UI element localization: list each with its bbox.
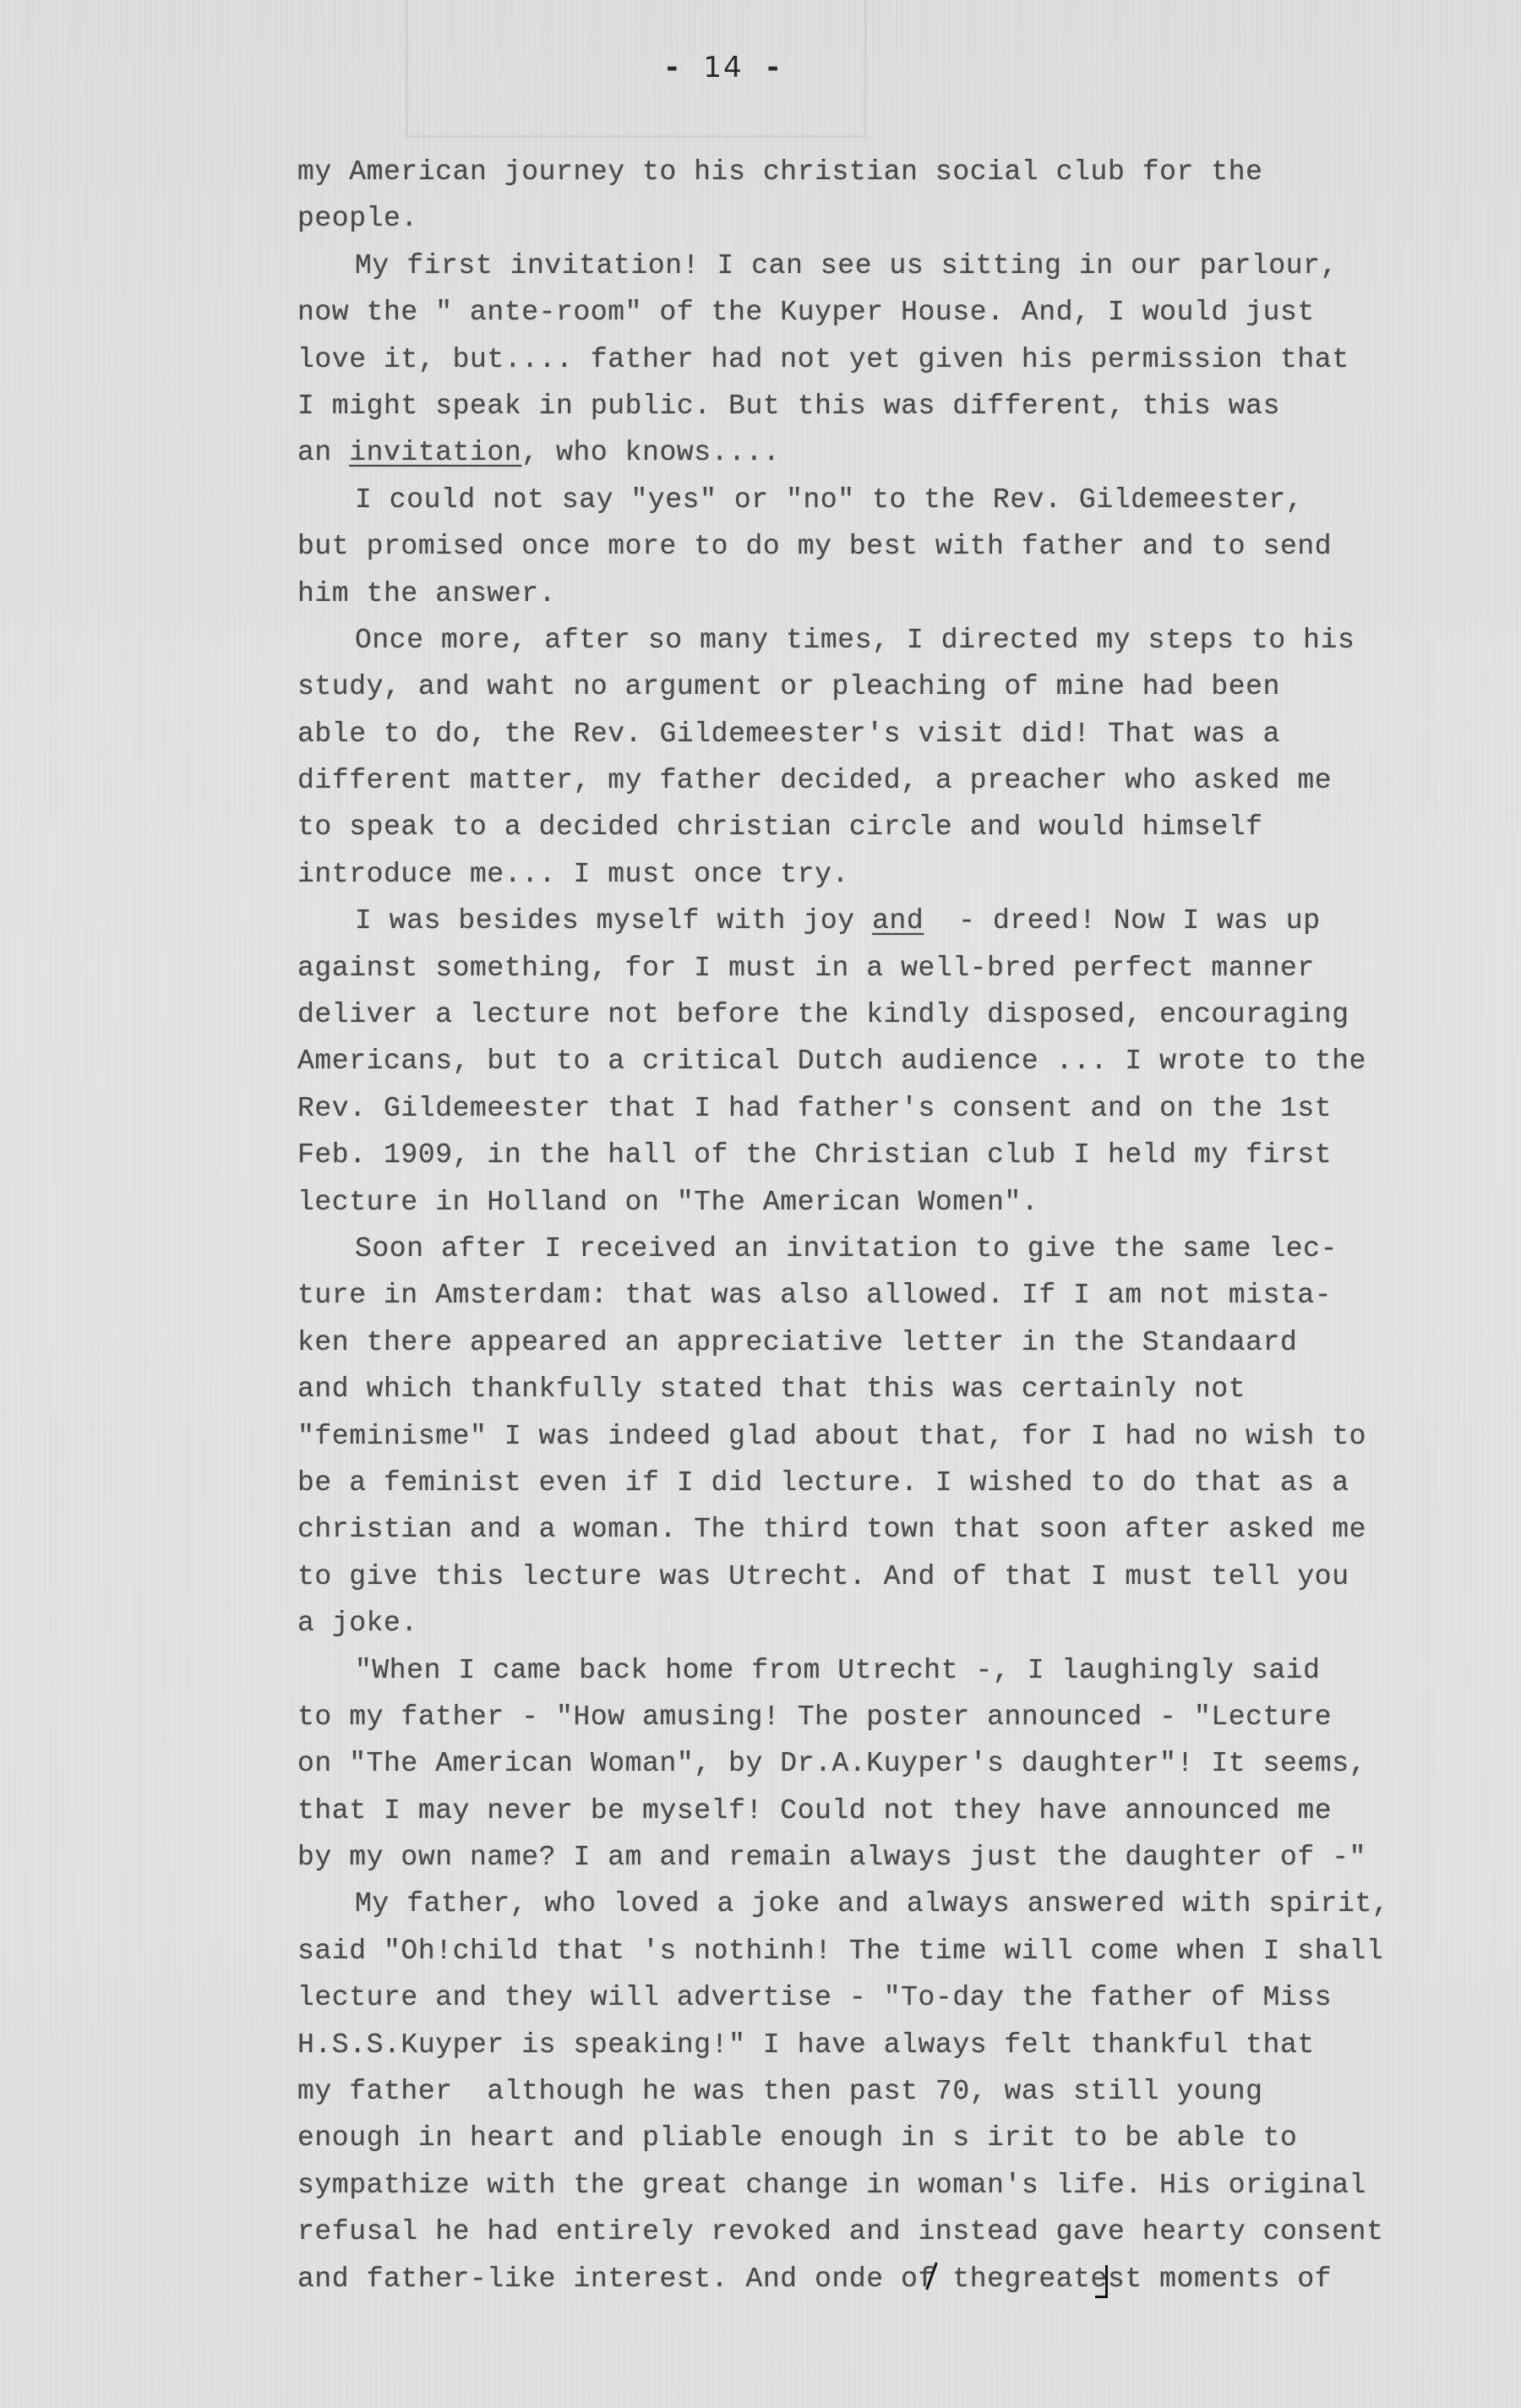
text-line: to give this lecture was Utrecht. And of… [297,1553,1514,1600]
line-text: H.S.S.Kuyper is speaking!" I have always… [297,2029,1315,2061]
text-line: I was besides myself with joy and - dree… [297,898,1514,944]
underlined-word: invitation [349,437,521,468]
text-line: lecture and they will advertise - "To-da… [297,1974,1514,2021]
line-text: My first invitation! I can see us sittin… [355,250,1338,281]
text-line: refusal he had entirely revoked and inst… [297,2209,1514,2255]
line-text: refusal he had entirely revoked and inst… [297,2216,1383,2247]
line-text: able to do, the Rev. Gildemeester's visi… [297,718,1280,750]
text-line: be a feminist even if I did lecture. I w… [297,1460,1514,1506]
text-line: to speak to a decided christian circle a… [297,804,1514,850]
text-line: My father, who loved a joke and always a… [297,1881,1514,1927]
line-text: deliver a lecture not before the kindly … [297,999,1349,1030]
line-text: now the " ante-room" of the Kuyper House… [297,297,1315,328]
text-line: and which thankfully stated that this wa… [297,1366,1514,1412]
text-line: him the answer. [297,571,1514,617]
handwritten-insertion-mark [1095,2265,1108,2298]
line-text: to speak to a decided christian circle a… [297,811,1263,843]
text-line: by my own name? I am and remain always j… [297,1834,1514,1881]
text-line: enough in heart and pliable enough in s … [297,2115,1514,2161]
line-text: ture in Amsterdam: that was also allowed… [297,1280,1332,1311]
line-text: ken there appeared an appreciative lette… [297,1327,1297,1358]
line-text-after: - dreed! Now I was up [924,905,1320,936]
line-text: him the answer. [297,578,556,609]
line-text: My father, who loved a joke and always a… [355,1888,1389,1919]
text-line: H.S.S.Kuyper is speaking!" I have always… [297,2022,1514,2068]
text-line: and father-like interest. And onde of th… [297,2256,1514,2302]
text-line: "When I came back home from Utrecht -, I… [297,1647,1514,1694]
text-line: lecture in Holland on "The American Wome… [297,1179,1514,1226]
line-text: christian and a woman. The third town th… [297,1514,1366,1545]
line-text: my American journey to his christian soc… [297,156,1263,188]
line-text: sympathize with the great change in woma… [297,2170,1366,2201]
page-number: -14- [0,51,1484,85]
text-line: christian and a woman. The third town th… [297,1506,1514,1553]
text-line: that I may never be myself! Could not th… [297,1788,1514,1834]
line-text: but promised once more to do my best wit… [297,531,1332,562]
line-text: on "The American Woman", by Dr.A.Kuyper'… [297,1748,1366,1779]
line-text: Soon after I received an invitation to g… [355,1233,1338,1264]
text-line: Feb. 1909, in the hall of the Christian … [297,1132,1514,1178]
line-text: a joke. [297,1608,418,1639]
typewritten-body: my American journey to his christian soc… [297,149,1514,2302]
text-line: different matter, my father decided, a p… [297,757,1514,804]
line-text: I could not say "yes" or "no" to the Rev… [355,484,1303,516]
text-line: I might speak in public. But this was di… [297,383,1514,429]
line-text: that I may never be myself! Could not th… [297,1795,1332,1826]
line-text: said "Oh!child that 's nothinh! The time… [297,1936,1383,1967]
text-line: my American journey to his christian soc… [297,149,1514,195]
text-line: ken there appeared an appreciative lette… [297,1319,1514,1366]
text-line: I could not say "yes" or "no" to the Rev… [297,477,1514,523]
line-text: against something, for I must in a well-… [297,953,1315,984]
page-number-dash-left: - [666,51,679,85]
line-text: Once more, after so many times, I direct… [355,625,1355,656]
text-line: an invitation, who knows.... [297,429,1514,476]
text-line: Rev. Gildemeester that I had father's co… [297,1085,1514,1132]
line-text: and father-like interest. And onde of th… [297,2263,1332,2295]
line-text: "When I came back home from Utrecht -, I… [355,1655,1321,1686]
page-number-dash-right: - [767,51,781,85]
text-line: Americans, but to a critical Dutch audie… [297,1038,1514,1084]
text-line: sympathize with the great change in woma… [297,2162,1514,2209]
text-line: Once more, after so many times, I direct… [297,617,1514,663]
text-line: said "Oh!child that 's nothinh! The time… [297,1928,1514,1974]
text-line: people. [297,195,1514,242]
page-number-value: 14 [703,51,743,85]
line-text: an [297,437,349,468]
line-text: I might speak in public. But this was di… [297,390,1280,422]
text-line: against something, for I must in a well-… [297,945,1514,991]
line-text: different matter, my father decided, a p… [297,765,1332,796]
line-text: and which thankfully stated that this wa… [297,1373,1246,1405]
line-text: to give this lecture was Utrecht. And of… [297,1561,1349,1592]
text-line: study, and waht no argument or pleaching… [297,663,1514,710]
text-line: on "The American Woman", by Dr.A.Kuyper'… [297,1740,1514,1787]
line-text: Americans, but to a critical Dutch audie… [297,1046,1366,1077]
text-line: deliver a lecture not before the kindly … [297,991,1514,1038]
text-line: my father although he was then past 70, … [297,2068,1514,2115]
line-text: be a feminist even if I did lecture. I w… [297,1467,1349,1499]
text-line: "feminisme" I was indeed glad about that… [297,1413,1514,1460]
text-line: but promised once more to do my best wit… [297,523,1514,570]
line-text: to my father - "How amusing! The poster … [297,1701,1332,1733]
text-line: My first invitation! I can see us sittin… [297,243,1514,289]
line-text: people. [297,203,418,234]
line-text: enough in heart and pliable enough in s … [297,2122,1297,2154]
line-text: "feminisme" I was indeed glad about that… [297,1421,1366,1452]
line-text-after: , who knows.... [521,437,780,468]
text-line: Soon after I received an invitation to g… [297,1226,1514,1272]
line-text: I was besides myself with joy [355,905,872,936]
text-line: introduce me... I must once try. [297,851,1514,898]
line-text: study, and waht no argument or pleaching… [297,671,1280,702]
line-text: lecture and they will advertise - "To-da… [297,1982,1332,2013]
text-line: ture in Amsterdam: that was also allowed… [297,1272,1514,1319]
text-line: able to do, the Rev. Gildemeester's visi… [297,711,1514,757]
line-text: lecture in Holland on "The American Wome… [297,1187,1039,1218]
text-line: now the " ante-room" of the Kuyper House… [297,289,1514,336]
line-text: Rev. Gildemeester that I had father's co… [297,1093,1332,1124]
text-line: to my father - "How amusing! The poster … [297,1694,1514,1740]
line-text: love it, but.... father had not yet give… [297,344,1349,375]
line-text: Feb. 1909, in the hall of the Christian … [297,1139,1332,1171]
text-line: love it, but.... father had not yet give… [297,336,1514,383]
text-line: a joke. [297,1600,1514,1646]
line-text: by my own name? I am and remain always j… [297,1842,1366,1873]
line-text: my father although he was then past 70, … [297,2076,1263,2107]
underlined-word: and [872,905,924,936]
line-text: introduce me... I must once try. [297,859,849,890]
